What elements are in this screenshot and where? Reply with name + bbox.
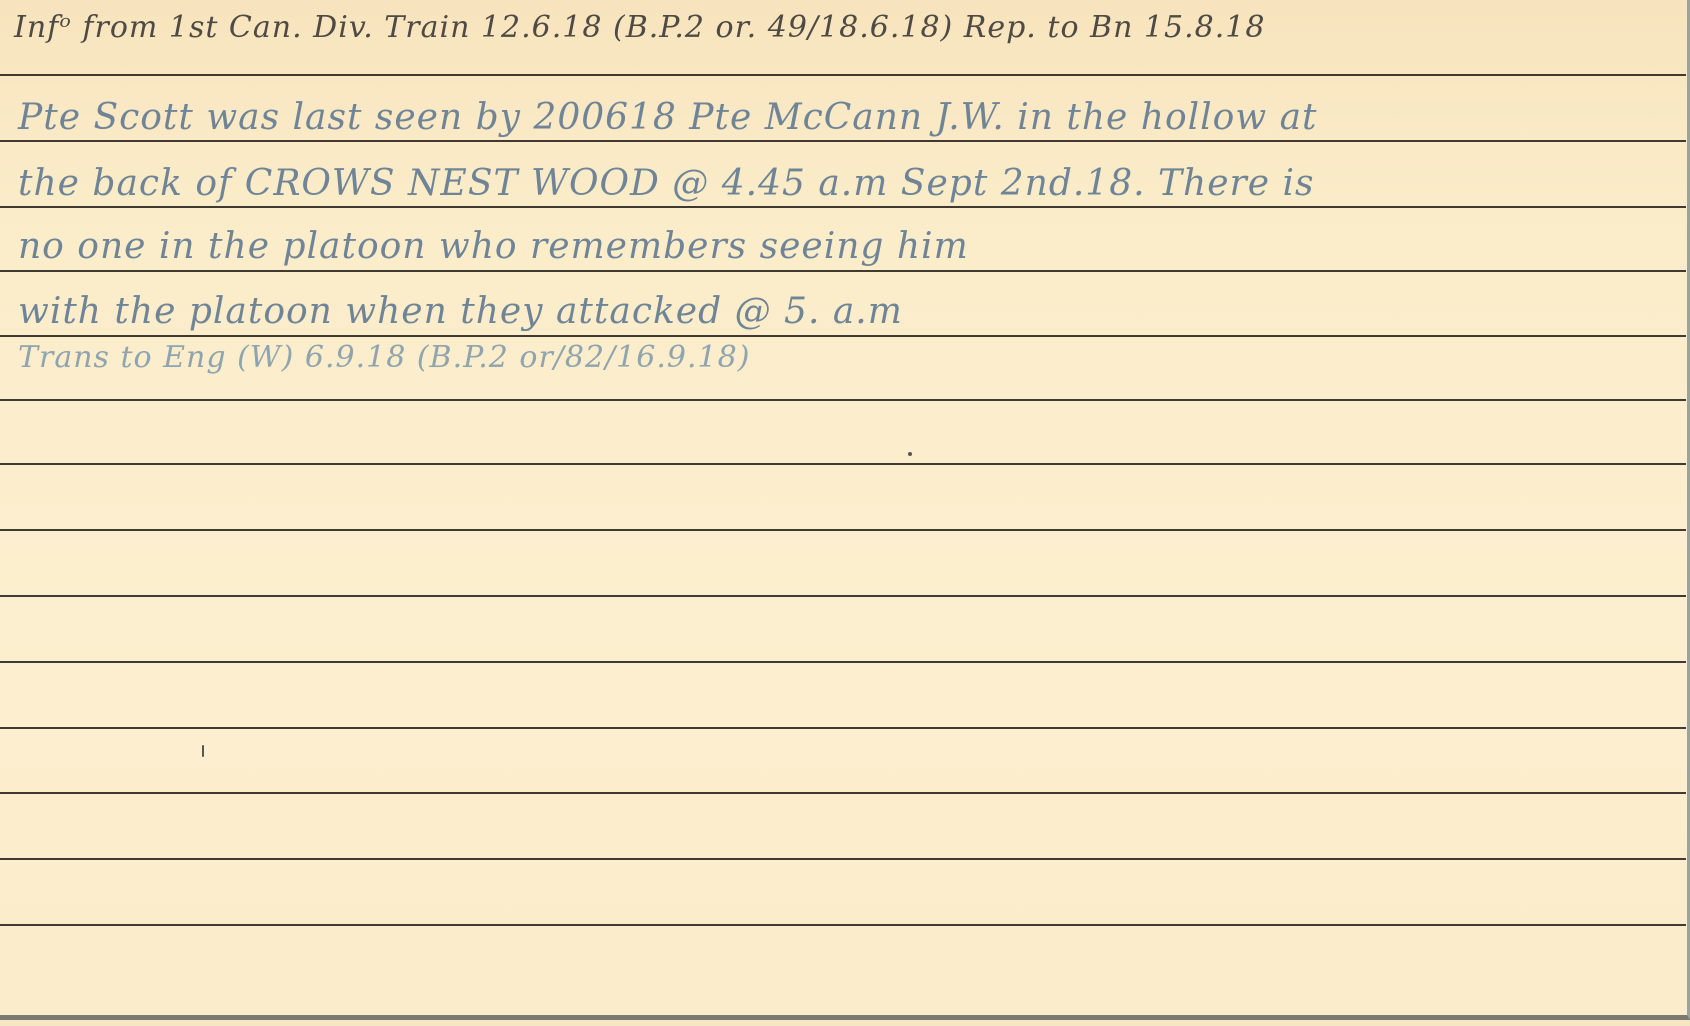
body-text-line-2: the back of CROWS NEST WOOD @ 4.45 a.m S… [18, 163, 1314, 204]
ruled-line [0, 399, 1686, 401]
ruled-line [0, 206, 1686, 208]
ruled-line [0, 463, 1686, 465]
ruled-line [0, 595, 1686, 597]
ink-speck [908, 452, 912, 456]
body-text-line-1: Pte Scott was last seen by 200618 Pte Mc… [18, 97, 1318, 138]
ruled-line [0, 858, 1686, 860]
ruled-line [0, 270, 1686, 272]
ruled-line [0, 727, 1686, 729]
ruled-line [0, 924, 1686, 926]
ruled-line [0, 792, 1686, 794]
body-text-line-4: with the platoon when they attacked @ 5.… [18, 291, 903, 332]
card-header-text: Infᵒ from 1st Can. Div. Train 12.6.18 (B… [14, 10, 1265, 45]
ruled-line [0, 529, 1686, 531]
body-text-line-3: no one in the platoon who remembers seei… [18, 226, 969, 267]
ruled-line [0, 140, 1686, 142]
ruled-line [0, 661, 1686, 663]
ink-mark [202, 745, 204, 757]
record-card: Infᵒ from 1st Can. Div. Train 12.6.18 (B… [0, 0, 1690, 1020]
ruled-line [0, 74, 1686, 76]
transfer-note: Trans to Eng (W) 6.9.18 (B.P.2 or/82/16.… [18, 340, 750, 375]
ruled-line [0, 335, 1686, 337]
